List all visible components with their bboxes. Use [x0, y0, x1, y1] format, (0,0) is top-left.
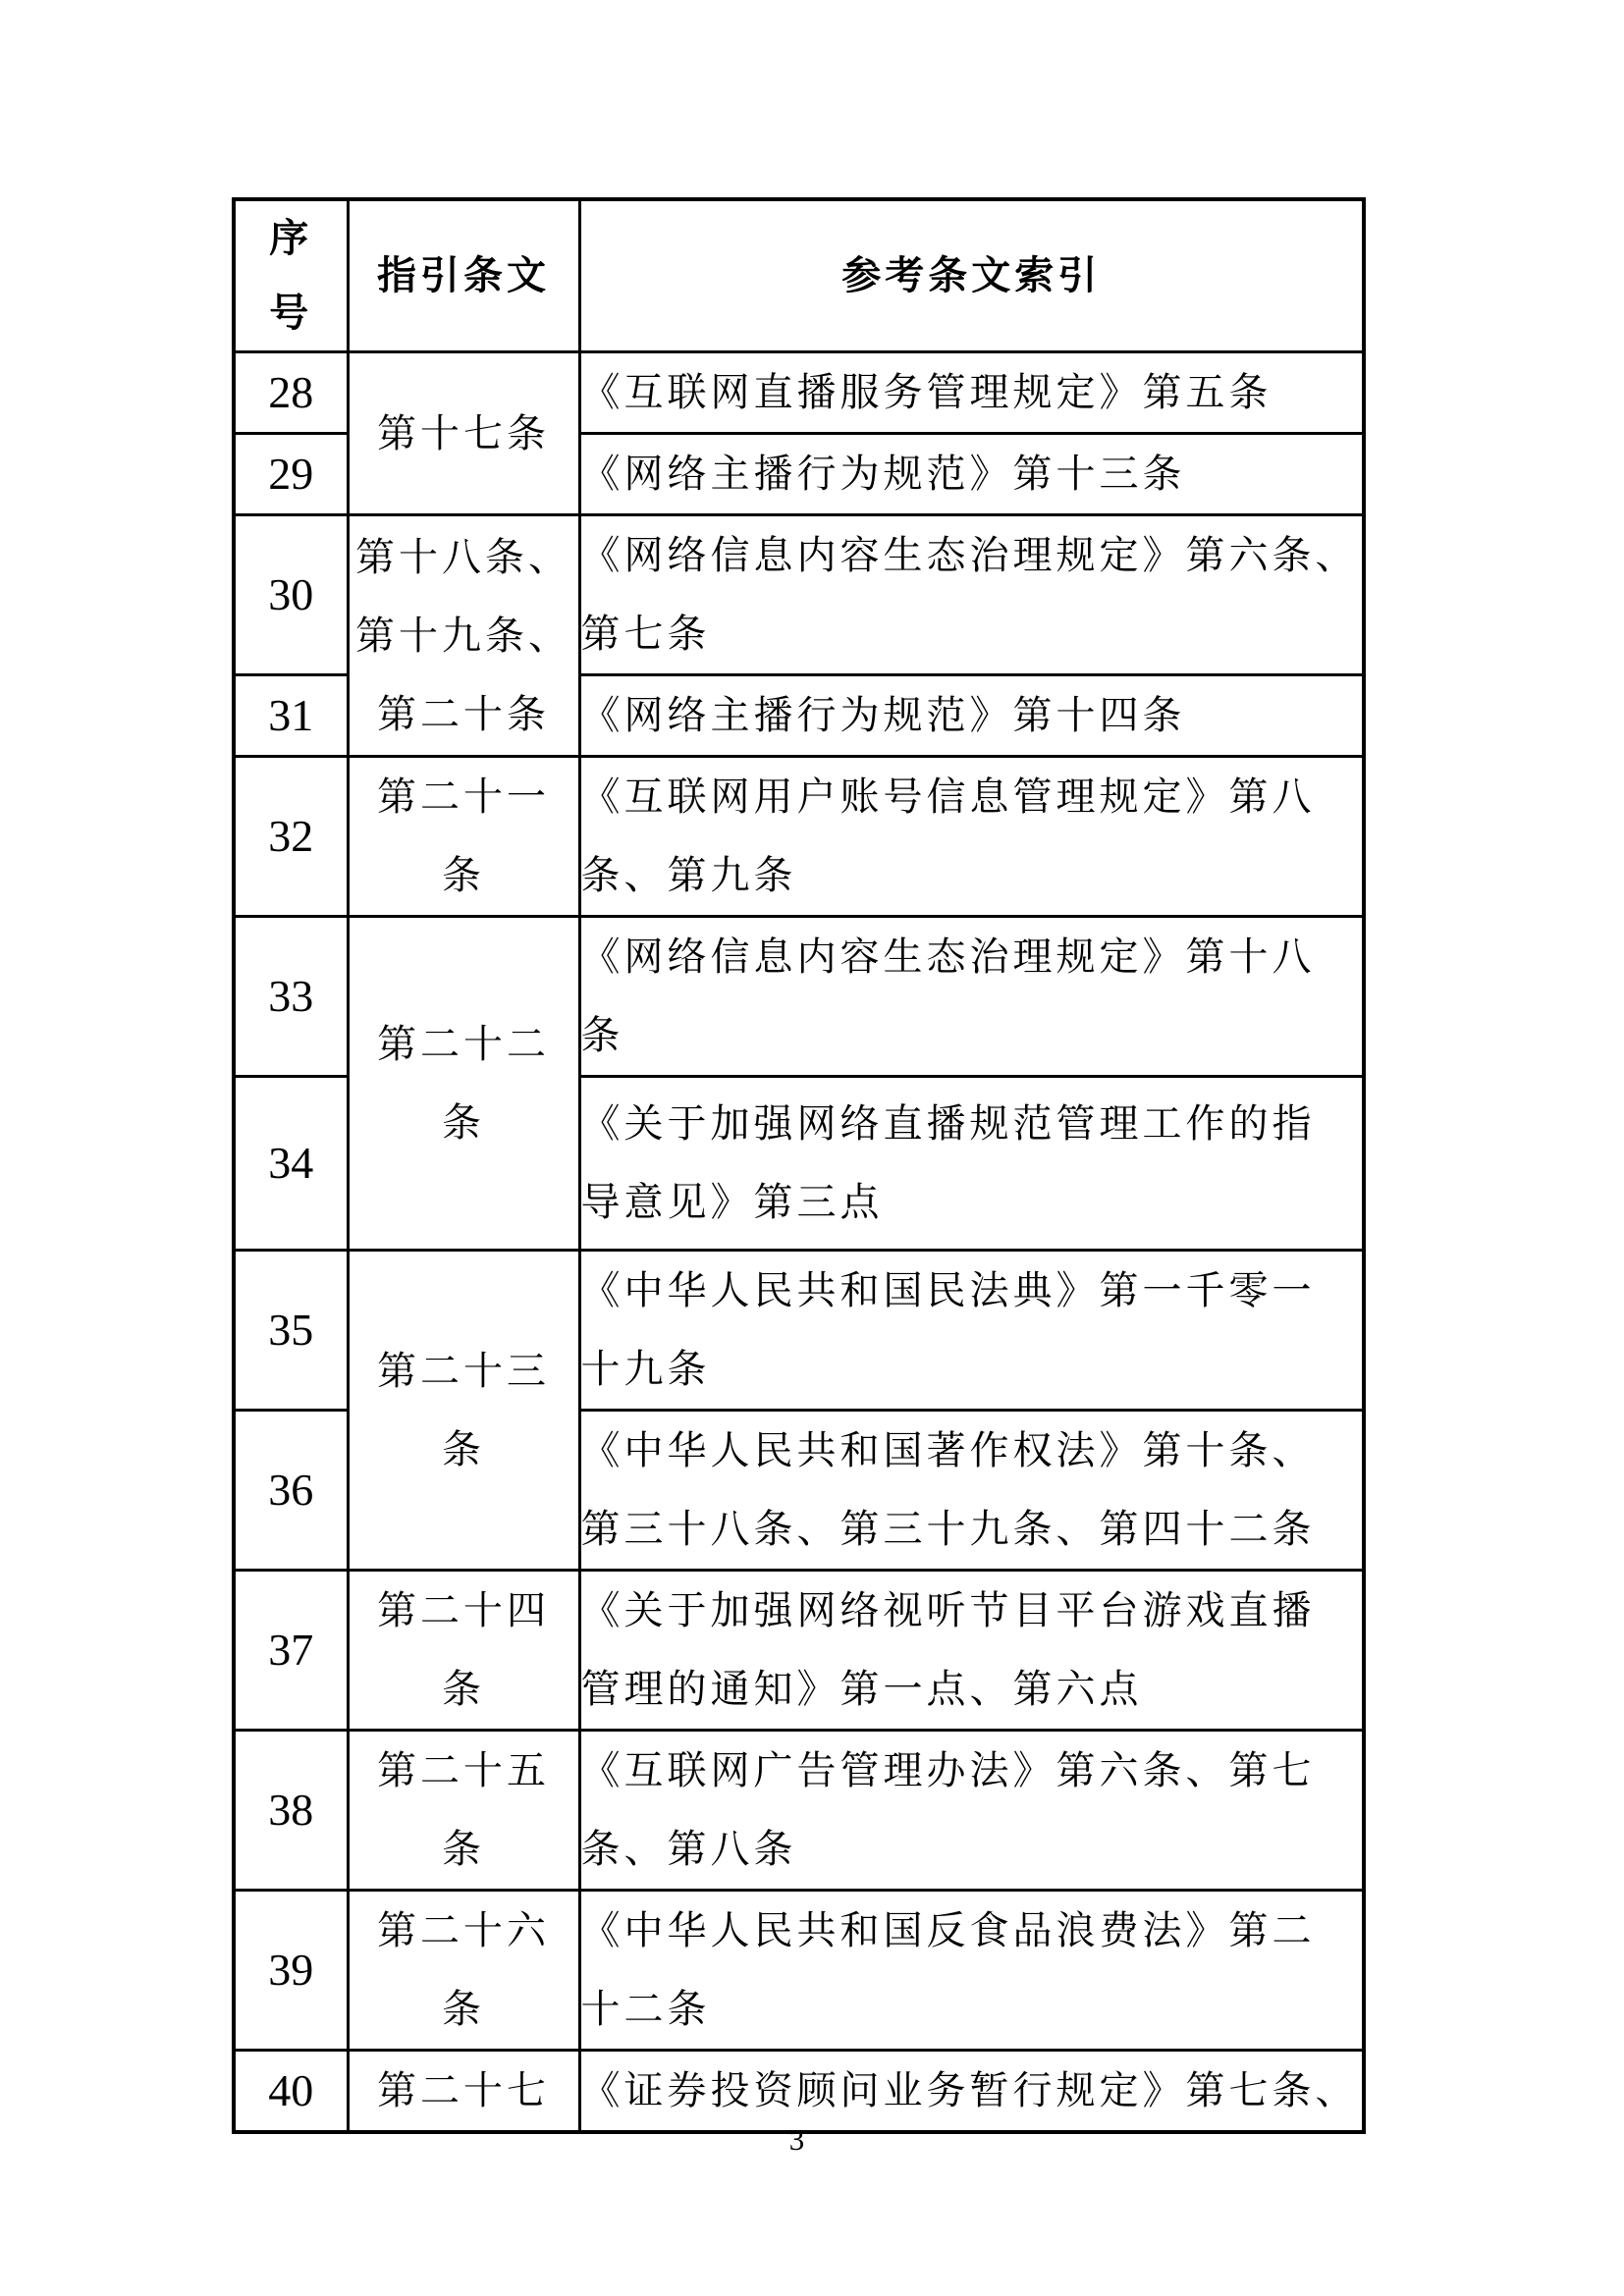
cell-ref-38: 《互联网广告管理办法》第六条、第七 条、第八条 — [579, 1731, 1364, 1891]
cell-serial-28: 28 — [234, 352, 348, 434]
cell-ref-33: 《网络信息内容生态治理规定》第十八 条 — [579, 917, 1364, 1077]
cell-ref-30: 《网络信息内容生态治理规定》第六条、 第七条 — [579, 515, 1364, 675]
table-row: 28 第十七条 《互联网直播服务管理规定》第五条 — [234, 352, 1364, 434]
cell-serial-30: 30 — [234, 515, 348, 675]
cell-guide-39: 第二十六 条 — [348, 1891, 579, 2051]
cell-guide-38: 第二十五 条 — [348, 1731, 579, 1891]
table-row: 38 第二十五 条 《互联网广告管理办法》第六条、第七 条、第八条 — [234, 1731, 1364, 1891]
cell-ref-37: 《关于加强网络视听节目平台游戏直播 管理的通知》第一点、第六点 — [579, 1571, 1364, 1731]
table-row: 37 第二十四 条 《关于加强网络视听节目平台游戏直播 管理的通知》第一点、第六… — [234, 1571, 1364, 1731]
cell-serial-36: 36 — [234, 1411, 348, 1571]
cell-ref-35: 《中华人民共和国民法典》第一千零一 十九条 — [579, 1251, 1364, 1411]
cell-guide-28-29: 第十七条 — [348, 352, 579, 515]
page-number: 3 — [232, 2120, 1362, 2160]
table-row: 30 第十八条、 第十九条、 第二十条 《网络信息内容生态治理规定》第六条、 第… — [234, 515, 1364, 675]
table-row: 33 第二十二 条 《网络信息内容生态治理规定》第十八 条 — [234, 917, 1364, 1077]
reference-index-table: 序 号 指引条文 参考条文索引 28 第十七条 《互联网直播服务管理规定》第五条… — [232, 197, 1366, 2134]
cell-serial-33: 33 — [234, 917, 348, 1077]
header-reference-index: 参考条文索引 — [579, 199, 1364, 352]
cell-serial-39: 39 — [234, 1891, 348, 2051]
cell-serial-37: 37 — [234, 1571, 348, 1731]
cell-ref-39: 《中华人民共和国反食品浪费法》第二 十二条 — [579, 1891, 1364, 2051]
cell-ref-31: 《网络主播行为规范》第十四条 — [579, 675, 1364, 757]
cell-guide-37: 第二十四 条 — [348, 1571, 579, 1731]
cell-serial-38: 38 — [234, 1731, 348, 1891]
cell-ref-36: 《中华人民共和国著作权法》第十条、 第三十八条、第三十九条、第四十二条 — [579, 1411, 1364, 1571]
cell-serial-32: 32 — [234, 757, 348, 917]
table-header-row: 序 号 指引条文 参考条文索引 — [234, 199, 1364, 352]
cell-guide-35-36: 第二十三 条 — [348, 1251, 579, 1571]
cell-ref-34: 《关于加强网络直播规范管理工作的指 导意见》第三点 — [579, 1077, 1364, 1251]
cell-guide-32: 第二十一 条 — [348, 757, 579, 917]
header-guide-article: 指引条文 — [348, 199, 579, 352]
cell-serial-31: 31 — [234, 675, 348, 757]
cell-serial-29: 29 — [234, 434, 348, 515]
table-row: 35 第二十三 条 《中华人民共和国民法典》第一千零一 十九条 — [234, 1251, 1364, 1411]
cell-ref-32: 《互联网用户账号信息管理规定》第八 条、第九条 — [579, 757, 1364, 917]
table-row: 39 第二十六 条 《中华人民共和国反食品浪费法》第二 十二条 — [234, 1891, 1364, 2051]
cell-serial-34: 34 — [234, 1077, 348, 1251]
cell-guide-33-34: 第二十二 条 — [348, 917, 579, 1251]
document-page: 序 号 指引条文 参考条文索引 28 第十七条 《互联网直播服务管理规定》第五条… — [0, 0, 1624, 2296]
table-row: 32 第二十一 条 《互联网用户账号信息管理规定》第八 条、第九条 — [234, 757, 1364, 917]
cell-guide-30-31: 第十八条、 第十九条、 第二十条 — [348, 515, 579, 757]
cell-ref-29: 《网络主播行为规范》第十三条 — [579, 434, 1364, 515]
cell-ref-28: 《互联网直播服务管理规定》第五条 — [579, 352, 1364, 434]
cell-serial-35: 35 — [234, 1251, 348, 1411]
header-serial-number: 序 号 — [234, 199, 348, 352]
